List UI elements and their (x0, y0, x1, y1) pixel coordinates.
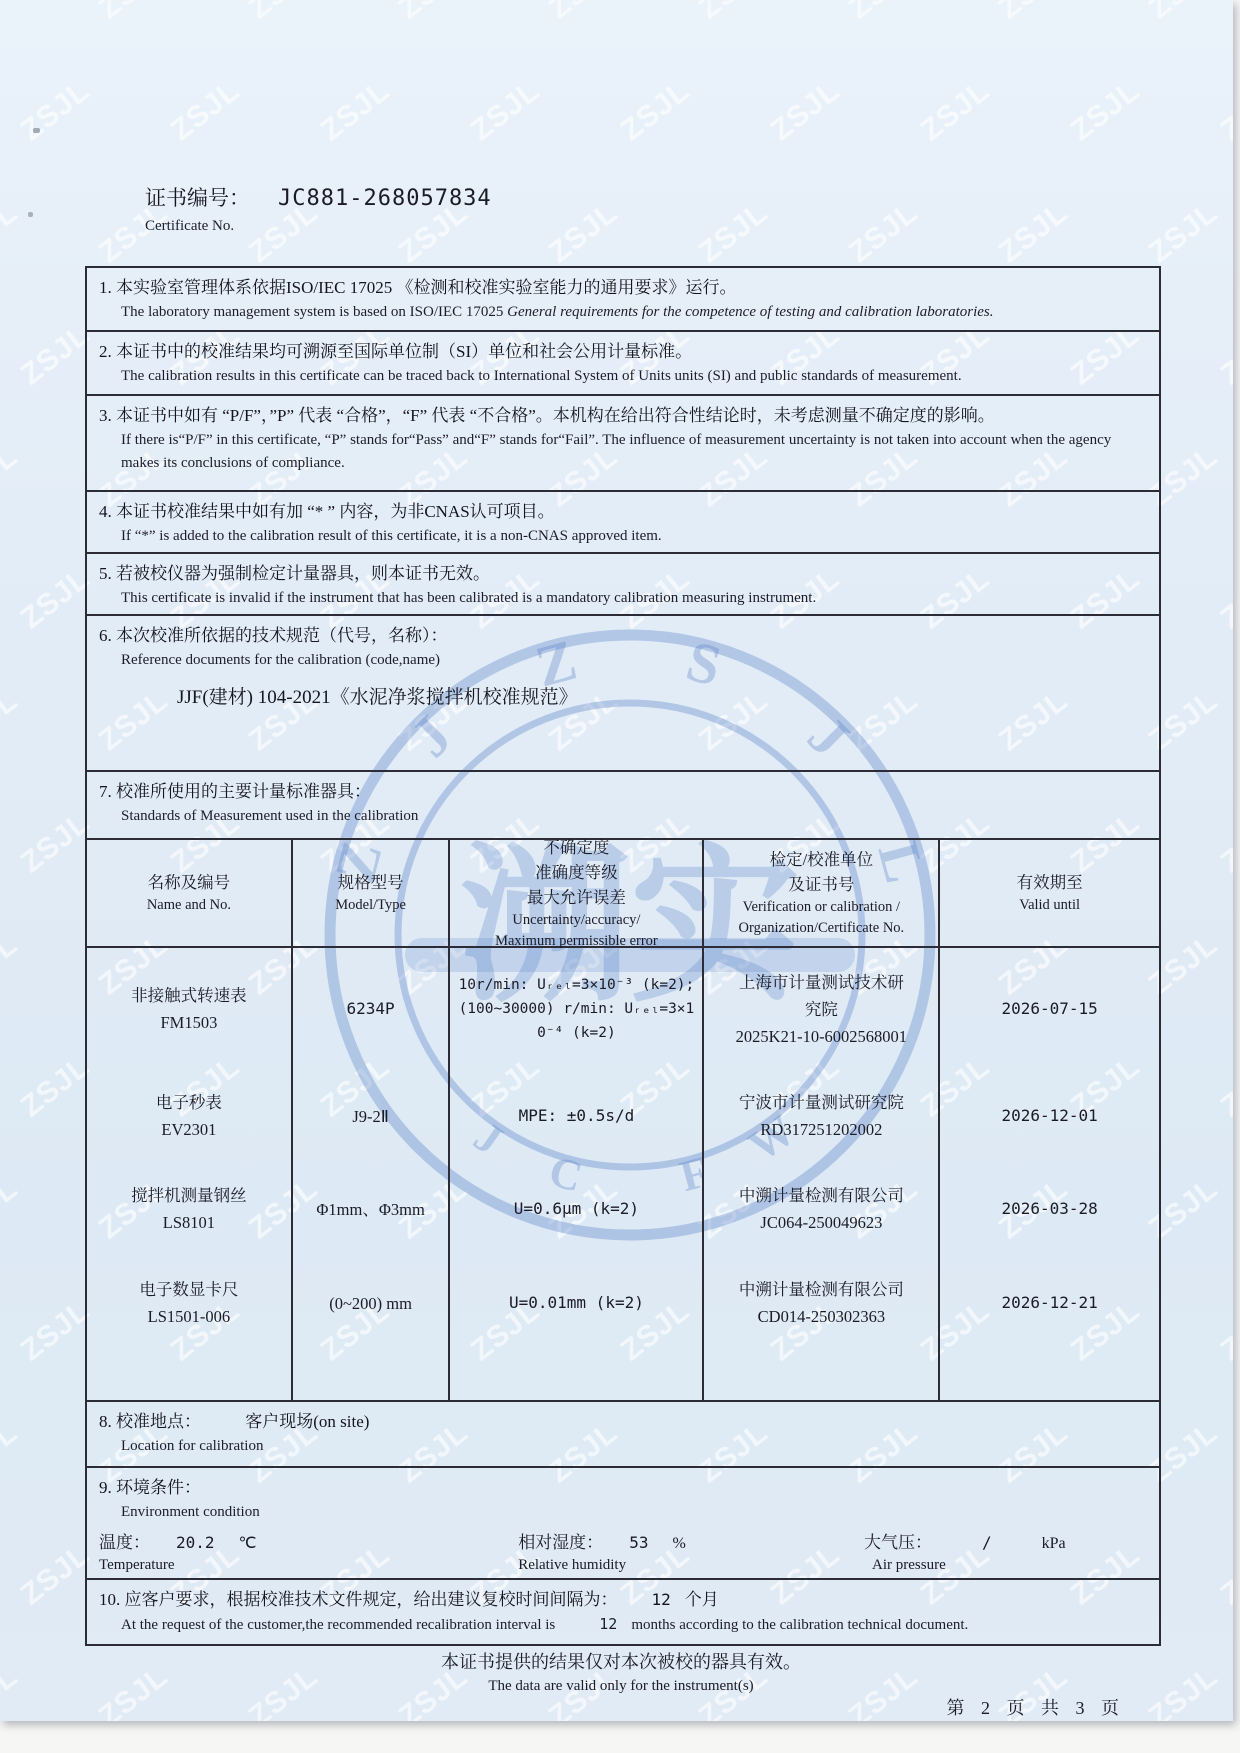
paper-sheet: ZSJLZSJLZSJLZSJLZSJLZSJLZSJLZSJLZSJLZSJL… (0, 0, 1233, 1721)
scan-artifact (28, 212, 33, 217)
clause-10: 10. 应客户要求，根据校准技术文件规定，给出建议复校时间间隔为：12个月 At… (87, 1580, 1159, 1644)
clause-8-zh: 8. 校准地点： 客户现场(on site) (99, 1409, 1147, 1435)
humidity-value: 53 (629, 1533, 648, 1552)
cell-uncertainty-row2: MPE: ±0.5s/d (450, 1070, 702, 1162)
clause-5-zh: 5. 若被校仪器为强制检定计量器具，则本证书无效。 (99, 561, 1147, 587)
table-header-model-zh: 规格型号 (338, 870, 404, 895)
table-column-organization: 检定/校准单位及证书号 Verification or calibration … (704, 840, 940, 1400)
temperature-en: Temperature (99, 1557, 518, 1574)
certificate-number-block: 证书编号：JC881-268057834 Certificate No. (145, 182, 492, 235)
clause-4-zh: 4. 本证书校准结果中如有加 “* ” 内容，为非CNAS认可项目。 (99, 499, 1147, 525)
watermark-text: ZSJL (1215, 1050, 1233, 1124)
table-header-name-en: Name and No. (147, 895, 231, 916)
humidity-label: 相对湿度： (518, 1533, 603, 1552)
watermark-text: ZSJL (165, 74, 247, 148)
clause-5: 5. 若被校仪器为强制检定计量器具，则本证书无效。 This certifica… (87, 554, 1159, 616)
watermark-text: ZSJL (393, 0, 475, 26)
watermark-text: ZSJL (0, 1172, 25, 1246)
certificate-page-scan: ZSJLZSJLZSJLZSJLZSJLZSJLZSJLZSJLZSJLZSJL… (0, 0, 1240, 1753)
page-number: 第 2 页 共 3 页 (947, 1694, 1126, 1720)
clause-10-zh: 10. 应客户要求，根据校准技术文件规定，给出建议复校时间间隔为：12个月 (99, 1587, 1147, 1613)
scan-artifact (33, 128, 40, 133)
cell-name-row4: 电子数显卡尺LS1501-006 (87, 1256, 291, 1350)
cell-organization-row3: 中溯计量检测有限公司JC064-250049623 (704, 1162, 938, 1256)
cell-empty (293, 1350, 449, 1400)
location-value: 客户现场(on site) (245, 1412, 369, 1431)
table-header-uncertainty-en: Uncertainty/accuracy/Maximum permissible… (495, 910, 658, 952)
watermark-text: ZSJL (1143, 0, 1225, 26)
watermark-text: ZSJL (465, 74, 547, 148)
watermark-text: ZSJL (543, 0, 625, 26)
temperature-label: 温度： (99, 1533, 150, 1552)
clause-7: 7. 校准所使用的主要计量标准器具： Standards of Measurem… (87, 772, 1159, 1402)
clause-6: 6. 本次校准所依据的技术规范（代号，名称）： Reference docume… (87, 616, 1159, 772)
clause-9-en: Environment condition (121, 1501, 1147, 1524)
cell-valid-row4: 2026-12-21 (940, 1256, 1159, 1350)
table-header-valid-until-zh: 有效期至 (1017, 870, 1083, 895)
table-column-model: 规格型号 Model/Type 6234P J9-2Ⅱ Φ1mm、Φ3mm (0… (293, 840, 451, 1400)
table-column-uncertainty: 不确定度准确度等级最大允许误差 Uncertainty/accuracy/Max… (450, 840, 704, 1400)
watermark-text: ZSJL (993, 0, 1075, 26)
clause-1-en-title: General requirements for the competence … (507, 304, 993, 320)
watermark-text: ZSJL (843, 0, 925, 26)
pressure-en: Air pressure (872, 1557, 1147, 1574)
clause-2: 2. 本证书中的校准结果均可溯源至国际单位制（SI）单位和社会公用计量标准。 T… (87, 332, 1159, 396)
recal-interval-value-zh: 12 (652, 1590, 671, 1609)
table-header-valid-until: 有效期至 Valid until (940, 840, 1159, 948)
watermark-text: ZSJL (15, 74, 97, 148)
clause-3-en: If there is“P/F” in this certificate, “P… (121, 429, 1147, 475)
watermark-text: ZSJL (1215, 806, 1233, 880)
pressure-unit: kPa (1042, 1535, 1066, 1552)
table-header-uncertainty-zh: 不确定度准确度等级最大允许误差 (527, 835, 626, 910)
watermark-text: ZSJL (243, 0, 325, 26)
certificate-number-label: 证书编号： (145, 186, 250, 210)
watermark-text: ZSJL (0, 684, 25, 758)
watermark-text: ZSJL (1143, 196, 1225, 270)
watermark-text: ZSJL (1215, 562, 1233, 636)
watermark-text: ZSJL (1065, 74, 1147, 148)
clause-9: 9. 环境条件： Environment condition 温度：20.2℃ … (87, 1468, 1159, 1580)
watermark-text: ZSJL (0, 928, 25, 1002)
clause-4: 4. 本证书校准结果中如有加 “* ” 内容，为非CNAS认可项目。 If “*… (87, 492, 1159, 554)
cell-organization-row1: 上海市计量测试技术研究院2025K21-10-6002568001 (704, 948, 938, 1070)
recal-interval-unit-zh: 个月 (685, 1590, 719, 1609)
table-header-organization-zh: 检定/校准单位及证书号 (770, 847, 874, 897)
clause-boxes: 1. 本实验室管理体系依据ISO/IEC 17025 《检测和校准实验室能力的通… (85, 266, 1161, 1646)
footer-note: 本证书提供的结果仅对本次被校的器具有效。 The data are valid … (85, 1648, 1157, 1695)
certificate-number-sublabel: Certificate No. (145, 218, 492, 235)
table-header-organization-en: Verification or calibration /Organizatio… (739, 897, 905, 939)
pressure-label: 大气压： (864, 1533, 932, 1552)
watermark-text: ZSJL (1215, 1538, 1233, 1612)
clause-6-zh: 6. 本次校准所依据的技术规范（代号，名称）： (99, 623, 1147, 649)
standards-table: 名称及编号 Name and No. 非接触式转速表FM1503 电子秒表EV2… (87, 838, 1159, 1400)
watermark-text: ZSJL (915, 74, 997, 148)
watermark-text: ZSJL (693, 196, 775, 270)
watermark-text: ZSJL (1215, 74, 1233, 148)
cell-valid-row2: 2026-12-01 (940, 1070, 1159, 1162)
cell-empty (87, 1350, 291, 1400)
watermark-text: ZSJL (93, 0, 175, 26)
watermark-text: ZSJL (0, 440, 25, 514)
clause-6-en: Reference documents for the calibration … (121, 649, 1147, 672)
reference-document: JJF(建材) 104-2021《水泥净浆搅拌机校准规范》 (177, 682, 1147, 709)
footer-note-en: The data are valid only for the instrume… (85, 1678, 1157, 1695)
cell-name-row1: 非接触式转速表FM1503 (87, 948, 291, 1070)
recal-interval-value-en: 12 (599, 1615, 617, 1633)
table-header-name-zh: 名称及编号 (148, 870, 231, 895)
watermark-text: ZSJL (765, 74, 847, 148)
clause-5-en: This certificate is invalid if the instr… (121, 587, 1147, 610)
cell-valid-row3: 2026-03-28 (940, 1162, 1159, 1256)
cell-model-row3: Φ1mm、Φ3mm (293, 1162, 449, 1256)
cell-model-row2: J9-2Ⅱ (293, 1070, 449, 1162)
pressure-value: / (982, 1533, 992, 1552)
table-header-model-en: Model/Type (335, 895, 406, 916)
table-header-name: 名称及编号 Name and No. (87, 840, 291, 948)
temperature-value: 20.2 (176, 1533, 215, 1552)
watermark-text: ZSJL (0, 1660, 25, 1721)
watermark-text: ZSJL (615, 74, 697, 148)
watermark-text: ZSJL (1215, 318, 1233, 392)
cell-name-row2: 电子秒表EV2301 (87, 1070, 291, 1162)
clause-9-zh: 9. 环境条件： (99, 1475, 1147, 1501)
recal-interval-label-en: At the request of the customer,the recom… (121, 1617, 555, 1633)
watermark-text: ZSJL (1215, 1294, 1233, 1368)
watermark-text: ZSJL (693, 0, 775, 26)
cell-name-row3: 搅拌机测量钢丝LS8101 (87, 1162, 291, 1256)
pressure-group: 大气压：/kPa Air pressure (864, 1528, 1147, 1574)
humidity-group: 相对湿度：53% Relative humidity (518, 1528, 864, 1574)
watermark-text: ZSJL (843, 196, 925, 270)
watermark-text: ZSJL (0, 196, 25, 270)
clause-8: 8. 校准地点： 客户现场(on site) Location for cali… (87, 1402, 1159, 1468)
clause-2-zh: 2. 本证书中的校准结果均可溯源至国际单位制（SI）单位和社会公用计量标准。 (99, 339, 1147, 365)
watermark-text: ZSJL (0, 0, 25, 26)
table-column-valid-until: 有效期至 Valid until 2026-07-15 2026-12-01 2… (940, 840, 1159, 1400)
clause-10-en: At the request of the customer,the recom… (121, 1613, 1147, 1637)
cell-empty (940, 1350, 1159, 1400)
clause-1: 1. 本实验室管理体系依据ISO/IEC 17025 《检测和校准实验室能力的通… (87, 268, 1159, 332)
location-label: 8. 校准地点： (99, 1412, 201, 1431)
clause-3-zh: 3. 本证书中如有 “P/F”，”P” 代表 “合格”，“F” 代表 “不合格”… (99, 403, 1147, 429)
table-header-organization: 检定/校准单位及证书号 Verification or calibration … (704, 840, 938, 948)
table-header-uncertainty: 不确定度准确度等级最大允许误差 Uncertainty/accuracy/Max… (450, 840, 702, 948)
clause-3: 3. 本证书中如有 “P/F”，”P” 代表 “合格”，“F” 代表 “不合格”… (87, 396, 1159, 492)
clause-7-en: Standards of Measurement used in the cal… (121, 805, 1147, 828)
clause-4-en: If “*” is added to the calibration resul… (121, 525, 1147, 548)
cell-organization-row4: 中溯计量检测有限公司CD014-250302363 (704, 1256, 938, 1350)
environment-values: 温度：20.2℃ Temperature 相对湿度：53% Relative h… (99, 1528, 1147, 1574)
clause-1-en: The laboratory management system is base… (121, 301, 1147, 324)
humidity-en: Relative humidity (518, 1557, 864, 1574)
cell-valid-row1: 2026-07-15 (940, 948, 1159, 1070)
watermark-text: ZSJL (543, 196, 625, 270)
temperature-unit: ℃ (239, 1535, 257, 1552)
certificate-number-value: JC881-268057834 (278, 186, 492, 211)
clause-1-zh: 1. 本实验室管理体系依据ISO/IEC 17025 《检测和校准实验室能力的通… (99, 275, 1147, 301)
table-column-name: 名称及编号 Name and No. 非接触式转速表FM1503 电子秒表EV2… (87, 840, 293, 1400)
temperature-group: 温度：20.2℃ Temperature (99, 1528, 518, 1574)
cell-uncertainty-row4: U=0.01mm (k=2) (450, 1256, 702, 1350)
cell-empty (704, 1350, 938, 1400)
cell-uncertainty-row3: U=0.6μm (k=2) (450, 1162, 702, 1256)
humidity-unit: % (672, 1535, 685, 1552)
watermark-text: ZSJL (315, 74, 397, 148)
clause-2-en: The calibration results in this certific… (121, 365, 1147, 388)
table-header-valid-until-en: Valid until (1019, 895, 1080, 916)
watermark-text: ZSJL (0, 1416, 25, 1490)
footer-note-zh: 本证书提供的结果仅对本次被校的器具有效。 (85, 1648, 1157, 1674)
cell-model-row1: 6234P (293, 948, 449, 1070)
cell-uncertainty-row1: 10r/min: Uᵣₑₗ=3×10⁻³ (k=2);(100~30000) r… (450, 948, 702, 1070)
recal-interval-unit-en: months according to the calibration tech… (631, 1617, 968, 1633)
clause-8-en: Location for calibration (121, 1435, 1147, 1458)
clause-1-en-prefix: The laboratory management system is base… (121, 304, 507, 320)
cell-empty (450, 1350, 702, 1400)
table-header-model: 规格型号 Model/Type (293, 840, 449, 948)
watermark-text: ZSJL (993, 196, 1075, 270)
recal-interval-label-zh: 10. 应客户要求，根据校准技术文件规定，给出建议复校时间间隔为： (99, 1590, 618, 1609)
cell-model-row4: (0~200) mm (293, 1256, 449, 1350)
cell-organization-row2: 宁波市计量测试研究院RD317251202002 (704, 1070, 938, 1162)
clause-7-zh: 7. 校准所使用的主要计量标准器具： (99, 779, 1147, 805)
